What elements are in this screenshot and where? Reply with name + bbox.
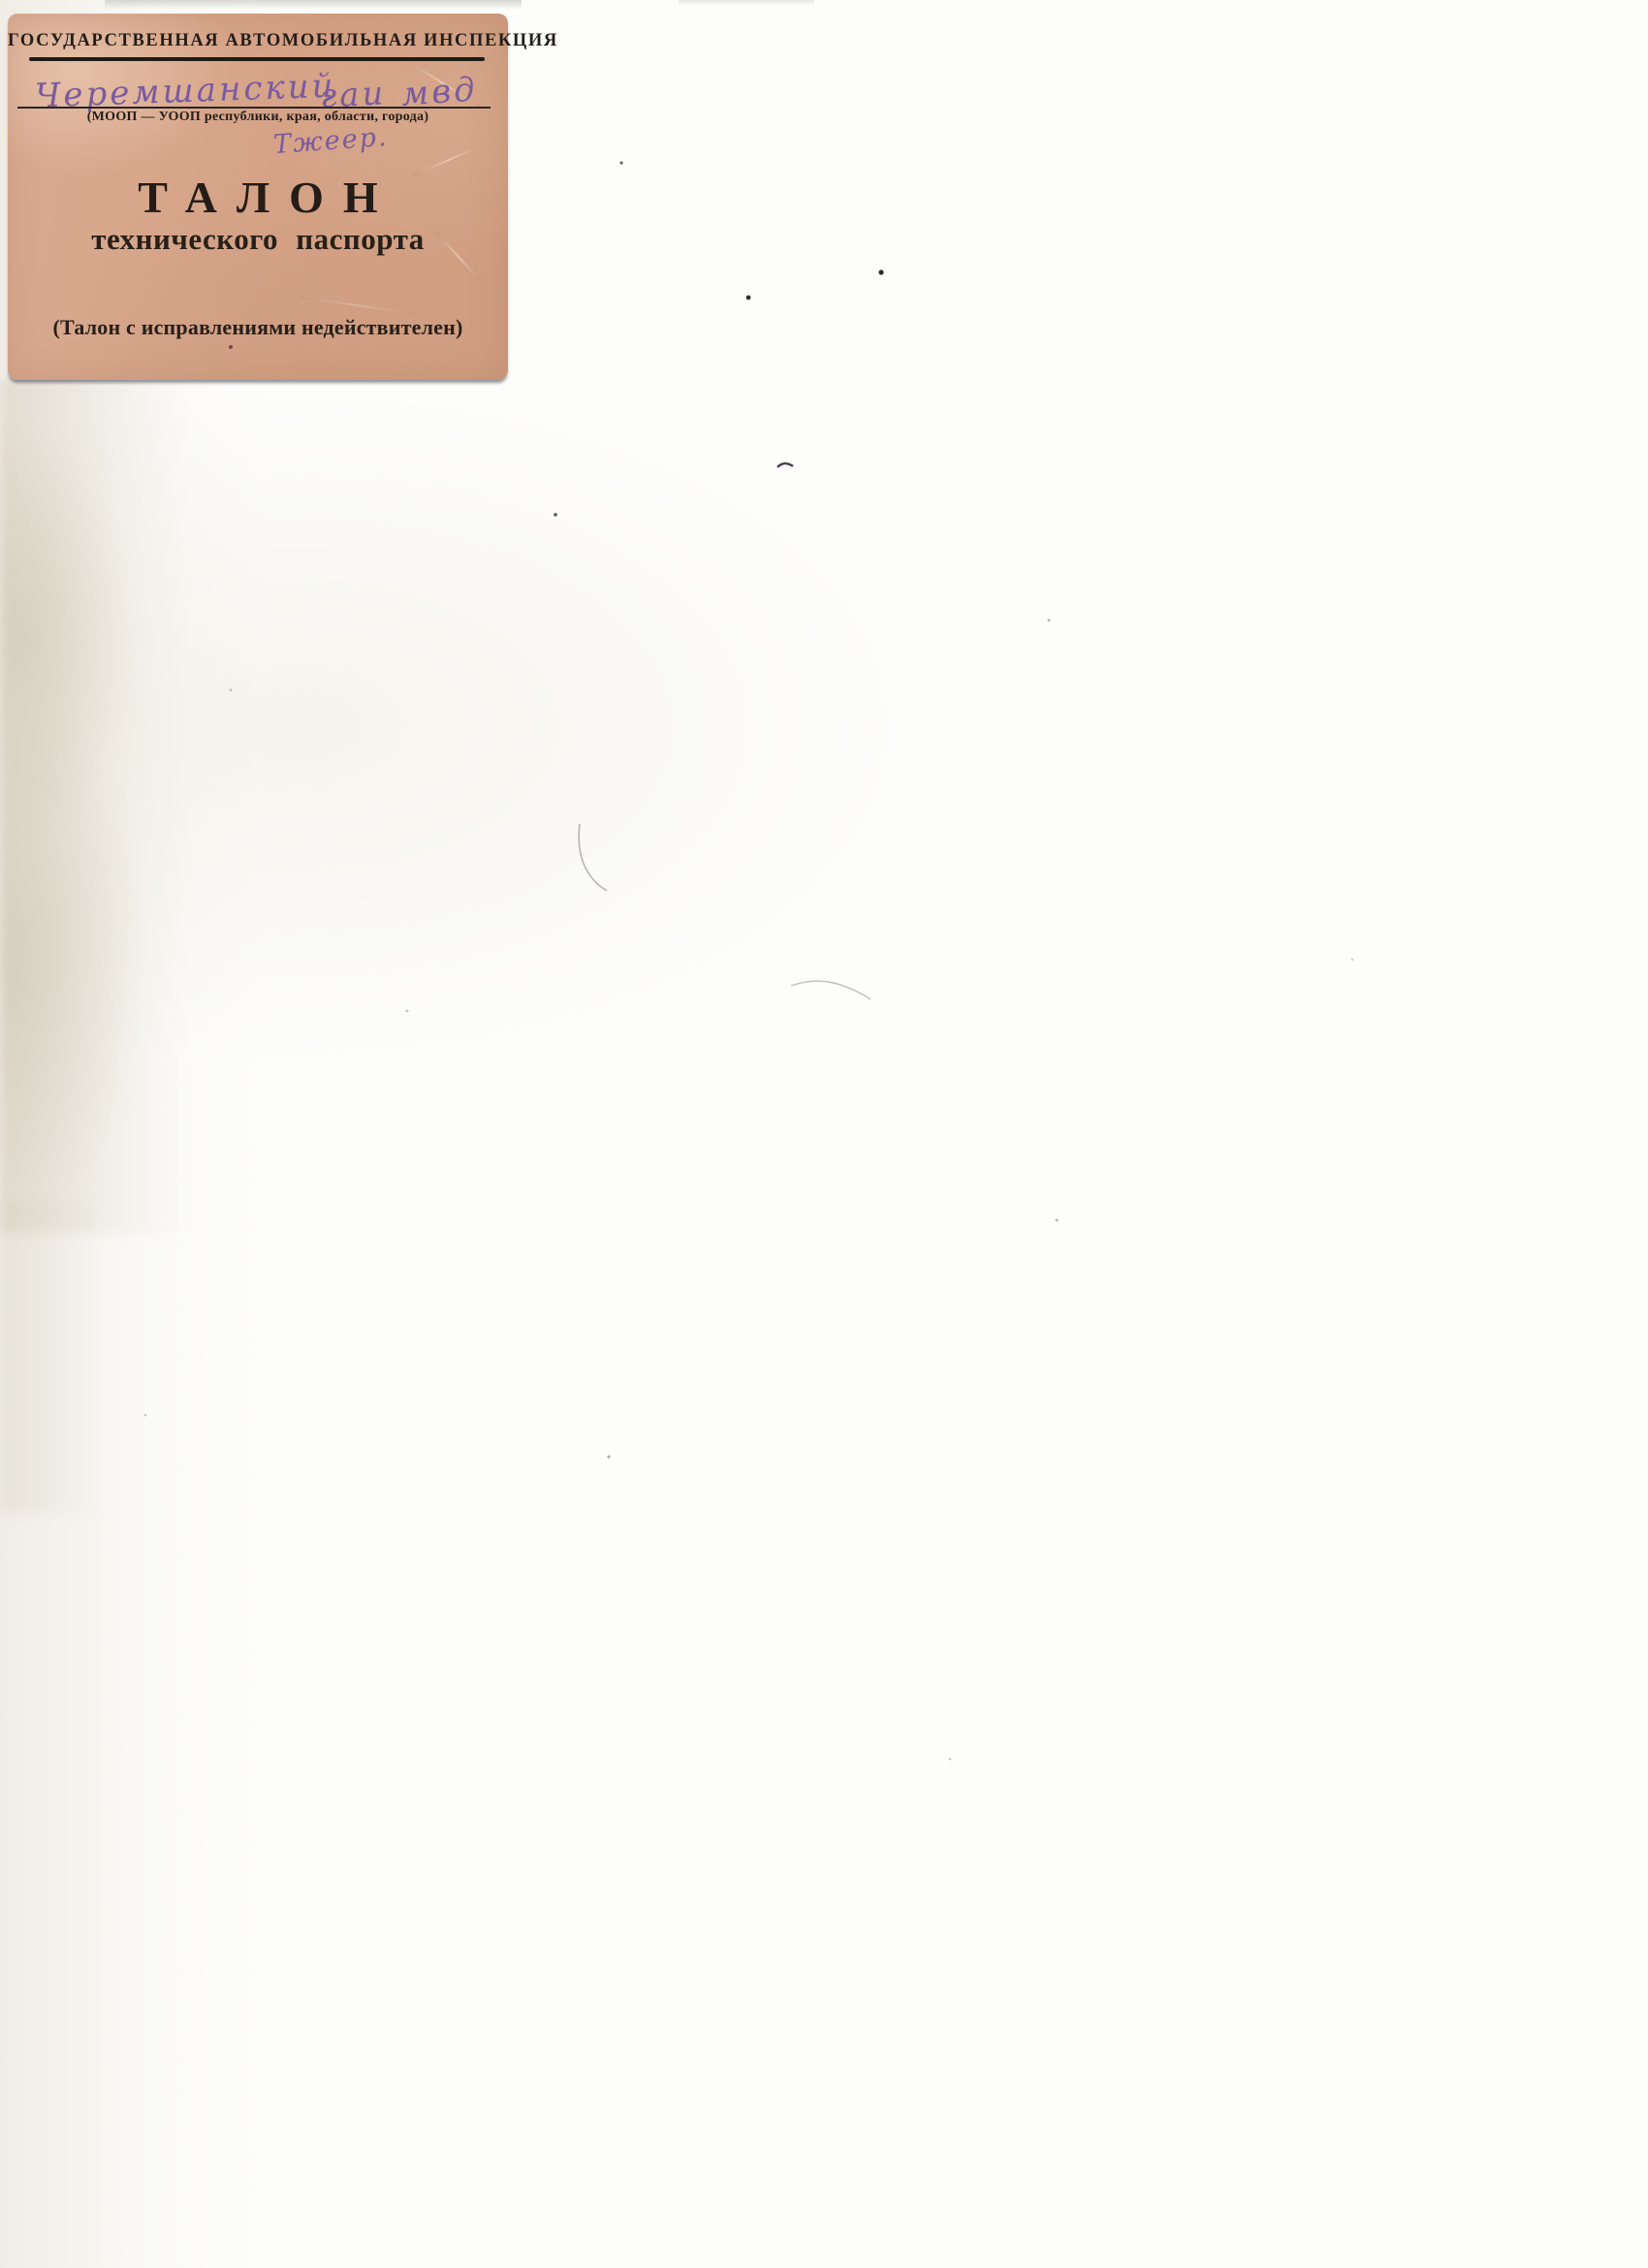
dust-speck <box>406 1010 409 1013</box>
header-rule <box>29 57 485 61</box>
scan-edge-top <box>105 0 522 10</box>
dust-speck <box>230 689 233 692</box>
handwritten-note: Тжеер. <box>272 122 389 160</box>
dust-speck <box>746 296 751 300</box>
page-curl-shadow-lower <box>0 1202 145 1512</box>
dust-speck <box>1056 1219 1059 1222</box>
card-subtitle: технического паспорта <box>8 222 508 257</box>
card-validity-note: (Талон с исправлениями недействителен) <box>8 315 508 340</box>
talon-card: ГОСУДАРСТВЕННАЯ АВТОМОБИЛЬНАЯ ИНСПЕКЦИЯ … <box>8 14 508 380</box>
dust-speck <box>1048 619 1051 622</box>
scanned-page-background: ГОСУДАРСТВЕННАЯ АВТОМОБИЛЬНАЯ ИНСПЕКЦИЯ … <box>0 0 1648 2268</box>
dust-speck <box>949 1758 952 1761</box>
dust-speck <box>619 161 622 164</box>
ink-speck <box>229 345 233 349</box>
hair-artifact <box>791 981 871 999</box>
scan-edge-top-right <box>679 0 814 6</box>
pen-dash-artifact <box>777 463 793 467</box>
dust-speck <box>554 513 557 517</box>
dust-speck <box>878 269 883 274</box>
card-header-title: ГОСУДАРСТВЕННАЯ АВТОМОБИЛЬНАЯ ИНСПЕКЦИЯ <box>8 31 508 51</box>
field-caption: (МООП — УООП республики, края, области, … <box>8 110 508 125</box>
dust-speck <box>144 1414 147 1417</box>
card-wrinkle <box>299 297 414 315</box>
page-curl-shadow <box>0 380 242 1233</box>
card-title: ТАЛОН <box>8 172 508 223</box>
dust-speck <box>1351 959 1354 961</box>
hair-artifact <box>579 824 607 891</box>
dust-speck <box>607 1455 610 1458</box>
